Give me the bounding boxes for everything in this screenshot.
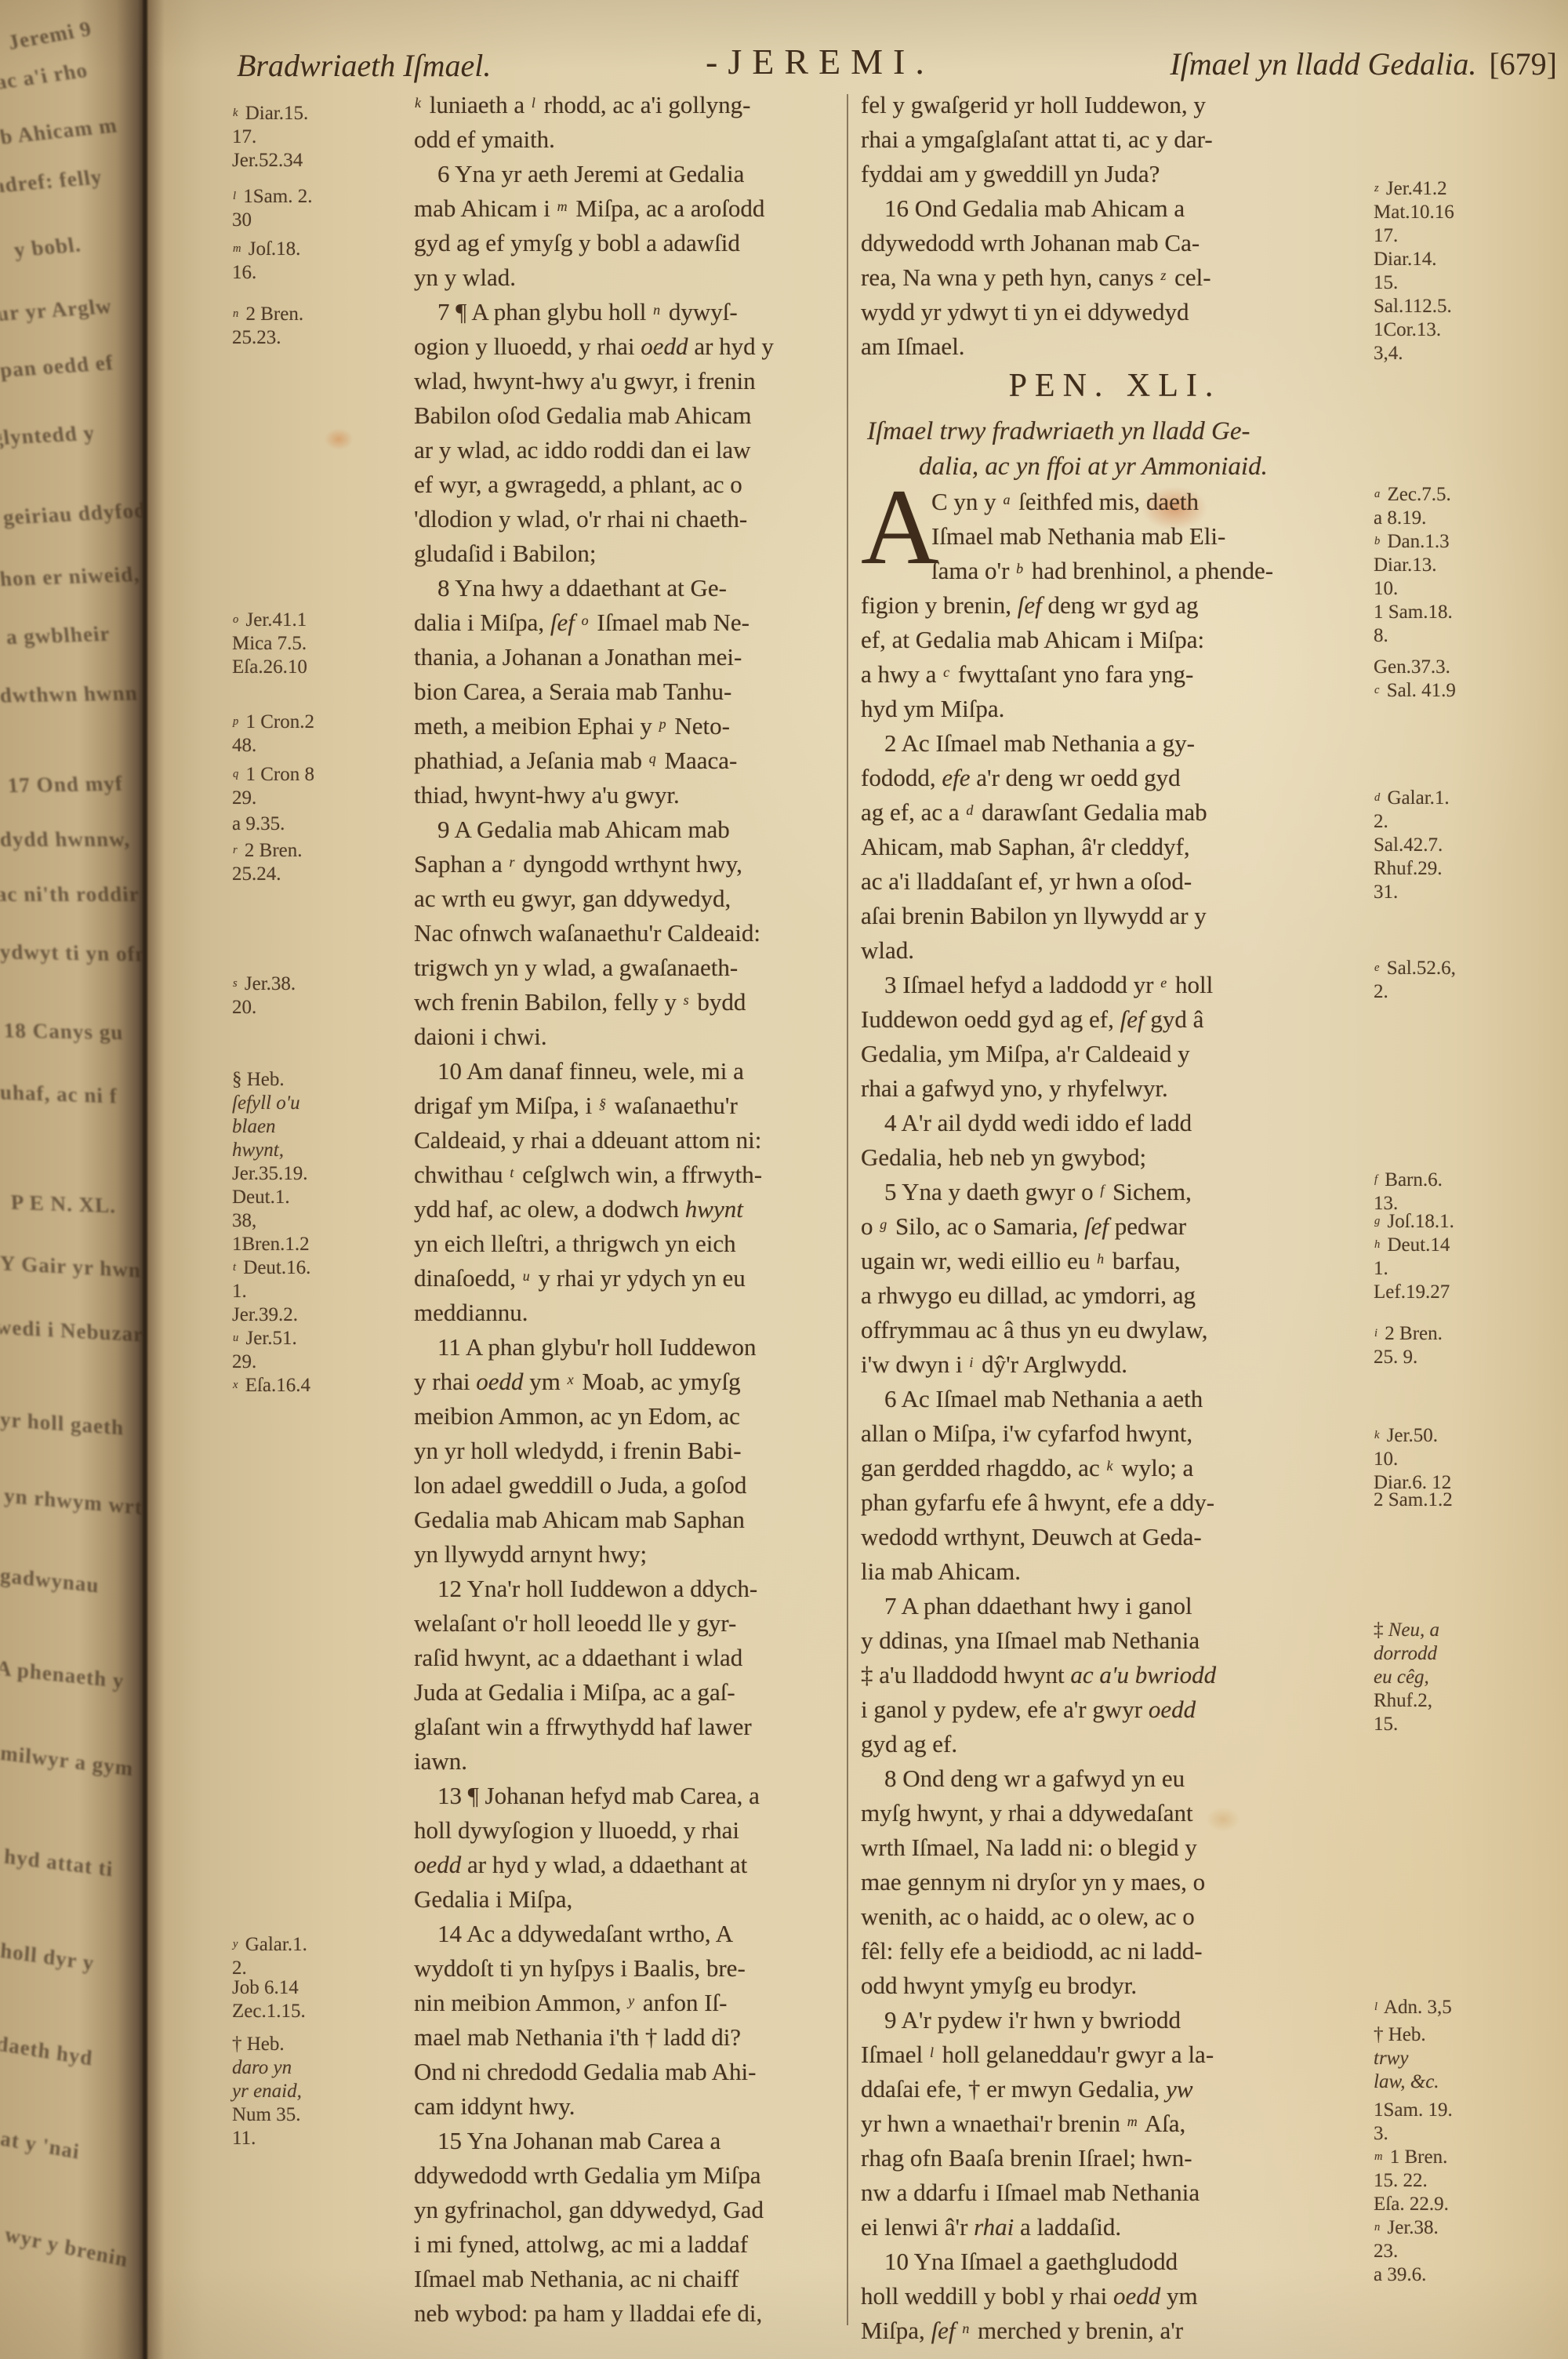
margin-note: 25.23. [232, 326, 411, 350]
margin-note-block: a 9.35. [232, 812, 411, 836]
margin-note-block: f Barn.6.13. [1374, 1169, 1563, 1216]
text-line: Iuddewon oedd gyd ag ef, ſef gyd â [861, 1002, 1369, 1037]
text-line: bion Carea, a Seraia mab Tanhu- [414, 674, 847, 709]
text-line: ef wyr, a gwragedd, a phlant, ac o [414, 467, 847, 502]
text-line: 15 Yna Johanan mab Carea a [414, 2124, 847, 2158]
margin-note: trwy [1374, 2047, 1563, 2070]
gutter-fragment: hon er niweid, [0, 562, 141, 591]
text-line: Nac ofnwch waſanaethu'r Caldeaid: [414, 916, 847, 951]
margin-note: k Diar.15. [232, 102, 411, 125]
margin-note: Jer.52.34 [232, 149, 411, 173]
margin-note: Mat.10.16 [1374, 201, 1563, 224]
gutter-fragment: yr holl gaeth [0, 1407, 124, 1440]
margin-note: a 8.19. [1374, 507, 1563, 530]
text-line: wydd yr ydwyt ti yn ei ddywedyd [861, 295, 1369, 329]
text-line: Iſmael mab Nethania, ac ni chaiff [414, 2262, 847, 2296]
text-line: 6 Yna yr aeth Jeremi at Gedalia [414, 157, 847, 191]
margin-note: Gen.37.3. [1374, 656, 1563, 679]
margin-note: 1Sam. 19. [1374, 2099, 1563, 2122]
verse-one-block: AC yn y a ſeithfed mis, daethIſmael mab … [861, 485, 1369, 726]
text-line: phathiad, a Jeſania mab q Maaca- [414, 743, 847, 778]
margin-note: Jer.35.19. [232, 1162, 411, 1186]
margin-note: 11. [232, 2127, 411, 2150]
margin-note: Rhuf.2, [1374, 1689, 1563, 1713]
page-fold-edge [142, 0, 148, 2359]
margin-note-block: o Jer.41.1Mica 7.5.Eſa.26.10 [232, 609, 411, 679]
chapter-heading: PEN. XLI. [861, 364, 1369, 414]
text-line: ei lenwi â'r rhai a laddaſid. [861, 2210, 1369, 2245]
margin-note: 29. [232, 787, 411, 810]
text-line: 8 Ond deng wr a gafwyd yn eu [861, 1761, 1369, 1796]
text-line: wrth Iſmael, Na ladd ni: o blegid y [861, 1830, 1369, 1865]
margin-note-block: ‡ Neu, adorroddeu cêg,Rhuf.2,15. [1374, 1619, 1563, 1736]
text-line: fêl: felly efe a beidiodd, ac ni ladd- [861, 1934, 1369, 1968]
text-line: daioni i chwi. [414, 1020, 847, 1054]
page-gutter: Jeremi 9ac a'i rhob Ahicam madref: felly… [0, 0, 143, 2359]
text-line: glaſant win a ffrwythydd haf lawer [414, 1710, 847, 1744]
margin-note-block: g Joſ.18.1.h Deut.141.Lef.19.27 [1374, 1210, 1563, 1304]
text-line: i'w dwyn i i dŷ'r Arglwydd. [861, 1347, 1369, 1382]
margin-note-block: Num 35.11. [232, 2103, 411, 2150]
margin-note: l 1Sam. 2. [232, 185, 411, 209]
margin-note: d Galar.1. [1374, 787, 1563, 810]
text-line: fyddai am y gweddill yn Juda? [861, 157, 1369, 191]
text-line: 3 Iſmael hefyd a laddodd yr e holl [861, 968, 1369, 1002]
margin-note: † Heb. [1374, 2023, 1563, 2047]
margin-note: a 39.6. [1374, 2263, 1563, 2287]
text-line: Saphan a r dyngodd wrthynt hwy, [414, 847, 847, 881]
margin-note: n Jer.38. [1374, 2216, 1563, 2240]
book-page: Jeremi 9ac a'i rhob Ahicam madref: felly… [0, 0, 1568, 2359]
margin-note: Deut.1. [232, 1186, 411, 1209]
chapter-summary-line: Iſmael trwy fradwriaeth yn lladd Ge- [861, 414, 1369, 449]
text-line: gyd ag ef ymyſg y bobl a adawſid [414, 226, 847, 260]
text-line: rhai a ymgaſglaſant attat ti, ac y dar- [861, 122, 1369, 157]
text-line: 10 Am danaf finneu, wele, mi a [414, 1054, 847, 1089]
column-divider-rule [847, 94, 848, 2325]
margin-note: z Jer.41.2 [1374, 177, 1563, 201]
margin-note: p 1 Cron.2 [232, 711, 411, 734]
gutter-fragment: gadwynau [0, 1563, 100, 1598]
margin-note: y Galar.1. [232, 1933, 411, 1957]
margin-note: 3,4. [1374, 342, 1563, 365]
text-line: o g Silo, ac o Samaria, ſef pedwar [861, 1209, 1369, 1244]
text-line: Miſpa, ſef n merched y brenin, a'r [861, 2314, 1369, 2348]
margin-note: Eſa. 22.9. [1374, 2193, 1563, 2216]
gutter-fragment: at y 'nai [0, 2126, 81, 2165]
margin-note: 1. [1374, 1257, 1563, 1281]
text-line: ac wrth eu gwyr, gan ddywedyd, [414, 881, 847, 916]
text-line: oedd ar hyd y wlad, a ddaethant at [414, 1848, 847, 1882]
text-line: 13 ¶ Johanan hefyd mab Carea, a [414, 1779, 847, 1813]
left-text-column: k luniaeth a l rhodd, ac a'i gollyng-odd… [414, 88, 847, 2331]
margin-note: t Deut.16. [232, 1256, 411, 1280]
gutter-fragment: yn rhwym wrth [4, 1484, 143, 1521]
gutter-fragment: Y Gair yr hwn [0, 1251, 141, 1282]
text-line: wyddoſt ti yn hyſpys i Baalis, bre- [414, 1951, 847, 1986]
margin-note: Job 6.14 [232, 1976, 411, 2000]
gutter-fragment: holl dyr y [0, 1939, 95, 1976]
margin-note: blaen [232, 1115, 411, 1139]
text-line: 9 A Gedalia mab Ahicam mab [414, 812, 847, 847]
text-line: y ddinas, yna Iſmael mab Nethania [861, 1623, 1369, 1658]
margin-note: 25. 9. [1374, 1346, 1563, 1369]
margin-note-block: m Joſ.18.16. [232, 238, 411, 285]
text-line: meth, a meibion Ephai y p Neto- [414, 709, 847, 743]
margin-note: l Adn. 3,5 [1374, 1996, 1563, 2019]
margin-note: c Sal. 41.9 [1374, 679, 1563, 703]
gutter-fragment: ac a'i rho [0, 58, 90, 95]
text-line: Iſmael mab Nethania mab Eli- [861, 519, 1369, 554]
margin-note: hwynt, [232, 1139, 411, 1162]
text-line: Caldeaid, y rhai a ddeuant attom ni: [414, 1123, 847, 1158]
text-line: mab Ahicam i m Miſpa, ac a aroſodd [414, 191, 847, 226]
margin-note: 2. [1374, 810, 1563, 834]
text-line: trigwch yn y wlad, a gwaſanaeth- [414, 951, 847, 985]
text-line: wlad, hwynt-hwy a'u gwyr, i frenin [414, 364, 847, 398]
margin-note: 23. [1374, 2240, 1563, 2263]
margin-note-block: 2 Sam.1.2 [1374, 1488, 1563, 1512]
margin-note: Zec.1.15. [232, 2000, 411, 2023]
margin-note-block: † Heb.daro ynyr enaid, [232, 2033, 411, 2103]
margin-note: b Dan.1.3 [1374, 530, 1563, 554]
text-line: mael mab Nethania i'th † ladd di? [414, 2020, 847, 2055]
gutter-fragment: hyd attat ti [4, 1845, 114, 1882]
margin-note: § Heb. [232, 1068, 411, 1092]
margin-note: 1Bren.1.2 [232, 1233, 411, 1256]
margin-note: 17. [1374, 224, 1563, 248]
margin-note: law, &c. [1374, 2070, 1563, 2094]
margin-note: 31. [1374, 881, 1563, 904]
text-line: myſg hwynt, y rhai a ddywedaſant [861, 1796, 1369, 1830]
text-line: nin meibion Ammon, y anfon Iſ- [414, 1986, 847, 2020]
text-line: ddywedodd wrth Johanan mab Ca- [861, 226, 1369, 260]
text-line: Gedalia, heb neb yn gwybod; [861, 1140, 1369, 1175]
margin-note: a Zec.7.5. [1374, 483, 1563, 507]
margin-note: 3. [1374, 2122, 1563, 2146]
gutter-fragment: wedi i Nebuzara [0, 1315, 143, 1348]
gutter-fragment: pan oedd ef [0, 351, 115, 383]
margin-note: 1 Sam.18. [1374, 601, 1563, 624]
margin-note: daro yn [232, 2056, 411, 2080]
text-line: nw a ddarfu i Iſmael mab Nethania [861, 2175, 1369, 2210]
margin-note: 16. [232, 261, 411, 285]
text-line: yn yr holl wledydd, i frenin Babi- [414, 1434, 847, 1468]
margin-note: q 1 Cron 8 [232, 763, 411, 787]
text-line: 6 Ac Iſmael mab Nethania a aeth [861, 1382, 1369, 1416]
margin-note-block: r 2 Bren.25.24. [232, 839, 411, 886]
margin-note: 15. 22. [1374, 2169, 1563, 2193]
margin-note: m 1 Bren. [1374, 2146, 1563, 2169]
text-line: odd ef ymaith. [414, 122, 847, 157]
margin-note: Jer.39.2. [232, 1303, 411, 1327]
margin-note: yr enaid, [232, 2080, 411, 2103]
text-line: fododd, efe a'r deng wr oedd gyd [861, 761, 1369, 795]
text-line: i mi fyned, attolwg, ac mi a laddaf [414, 2227, 847, 2262]
text-line: Ond ni chredodd Gedalia mab Ahi- [414, 2055, 847, 2089]
margin-note-block: q 1 Cron 829. [232, 763, 411, 810]
gutter-fragment: y bobl. [13, 232, 83, 262]
text-line: aſai brenin Babilon yn llywydd ar y [861, 899, 1369, 933]
margin-note: k Jer.50. [1374, 1424, 1563, 1448]
text-line: 10 Yna Iſmael a gaethgludodd [861, 2245, 1369, 2279]
margin-note-block: i 2 Bren.25. 9. [1374, 1322, 1563, 1369]
gutter-fragment: milwyr a gym [0, 1741, 134, 1782]
text-line: dinaſoedd, u y rhai yr ydych yn eu [414, 1261, 847, 1296]
gutter-fragment: A phenaeth y [0, 1656, 125, 1693]
text-line: gan gerdded rhagddo, ac k wylo; a [861, 1451, 1369, 1485]
margin-note: r 2 Bren. [232, 839, 411, 863]
text-line: a rhwygo eu dillad, ac ymdorri, ag [861, 1278, 1369, 1313]
margin-note: 2 Sam.1.2 [1374, 1488, 1563, 1512]
text-line: yr hwn a wnaethai'r brenin m Aſa, [861, 2106, 1369, 2141]
margin-note-block: k Diar.15.17.Jer.52.34 [232, 102, 411, 173]
text-line: 14 Ac a ddywedaſant wrtho, A [414, 1917, 847, 1951]
text-line: iawn. [414, 1744, 847, 1779]
margin-note: o Jer.41.1 [232, 609, 411, 632]
text-line: ddywedodd wrth Gedalia ym Miſpa [414, 2158, 847, 2193]
margin-note-block: k Jer.50.10.Diar.6. 12 [1374, 1424, 1563, 1495]
gutter-fragment: dwthwn hwnn [0, 682, 139, 708]
text-line: thania, a Johanan a Jonathan mei- [414, 640, 847, 674]
text-line: lia mab Ahicam. [861, 1554, 1369, 1589]
text-line: hyd ym Miſpa. [861, 692, 1369, 726]
text-line: drigaf ym Miſpa, i § waſanaethu'r [414, 1089, 847, 1123]
text-line: ſama o'r b had brenhinol, a phende- [861, 554, 1369, 588]
text-line: 8 Yna hwy a ddaethant at Ge- [414, 571, 847, 605]
gutter-fragment: wyr y brenin [3, 2223, 129, 2273]
drop-cap-letter: A [861, 485, 931, 585]
margin-note: 1. [232, 1280, 411, 1303]
text-line: 4 A'r ail dydd wedi iddo ef ladd [861, 1106, 1369, 1140]
text-line: dalia i Miſpa, ſef o Iſmael mab Ne- [414, 605, 847, 640]
text-line: ddaſai efe, † er mwyn Gedalia, yw [861, 2072, 1369, 2106]
margin-note: 38, [232, 1209, 411, 1233]
margin-note-block: n 2 Bren.25.23. [232, 303, 411, 350]
text-line: ydd haf, ac olew, a dodwch hwynt [414, 1192, 847, 1227]
text-line: 'dlodion y wlad, o'r rhai ni chaeth- [414, 502, 847, 536]
gutter-fragment: 18 Canys gu [3, 1019, 124, 1045]
text-line: Gedalia i Miſpa, [414, 1882, 847, 1917]
text-line: gyd ag ef. [861, 1727, 1369, 1761]
margin-note: 8. [1374, 624, 1563, 648]
margin-note: eu cêg, [1374, 1666, 1563, 1689]
text-line: wlad. [861, 933, 1369, 968]
margin-note: 25.24. [232, 863, 411, 886]
margin-note: u Jer.51. [232, 1327, 411, 1350]
gutter-fragment: Jeremi 9 [5, 16, 94, 55]
text-line: am Iſmael. [861, 329, 1369, 364]
text-line: wedodd wrthynt, Deuwch at Geda- [861, 1520, 1369, 1554]
margin-note: h Deut.14 [1374, 1234, 1563, 1257]
margin-note-block: Gen.37.3.c Sal. 41.9 [1374, 656, 1563, 703]
text-line: a hwy a c fwyttaſant yno fara yng- [861, 657, 1369, 692]
margin-note: Num 35. [232, 2103, 411, 2127]
text-line: 5 Yna y daeth gwyr o f Sichem, [861, 1175, 1369, 1209]
text-line: ugain wr, wedi eillio eu h barfau, [861, 1244, 1369, 1278]
text-line: ag ef, ac a d darawſant Gedalia mab [861, 795, 1369, 830]
margin-note-block: z Jer.41.2Mat.10.1617.Diar.14.15.Sal.112… [1374, 177, 1563, 365]
text-line: i ganol y pydew, efe a'r gwyr oedd [861, 1692, 1369, 1727]
text-line: phan gyfarfu efe â hwynt, efe a ddy- [861, 1485, 1369, 1520]
margin-note: Mica 7.5. [232, 632, 411, 656]
text-line: lon adael gweddill o Juda, a goſod [414, 1468, 847, 1503]
gutter-fragment: adref: felly [0, 165, 104, 198]
margin-note: a 9.35. [232, 812, 411, 836]
margin-note: 15. [1374, 271, 1563, 295]
text-line: rea, Na wna y peth hyn, canys z cel- [861, 260, 1369, 295]
text-line: yn llywydd arnynt hwy; [414, 1537, 847, 1572]
margin-note-block: Job 6.14Zec.1.15. [232, 1976, 411, 2023]
text-line: meddiannu. [414, 1296, 847, 1330]
margin-note: ſefyll o'u [232, 1092, 411, 1115]
text-line: yn y wlad. [414, 260, 847, 295]
text-line: mae gennym ni dryſor yn y maes, o [861, 1865, 1369, 1899]
text-line: yn eich lleſtri, a thrigwch yn eich [414, 1227, 847, 1261]
text-line: meibion Ammon, ac yn Edom, ac [414, 1399, 847, 1434]
text-line: 12 Yna'r holl Iuddewon a ddych- [414, 1572, 847, 1606]
text-line: rhag ofn Baaſa brenin Iſrael; hwn- [861, 2141, 1369, 2175]
text-line: wch frenin Babilon, felly y s bydd [414, 985, 847, 1020]
text-line: 9 A'r pydew i'r hwn y bwriodd [861, 2003, 1369, 2037]
margin-note: 48. [232, 734, 411, 758]
margin-note: g Joſ.18.1. [1374, 1210, 1563, 1234]
margin-note-block: s Jer.38.20. [232, 972, 411, 1020]
text-line: gludaſid i Babilon; [414, 536, 847, 571]
margin-note: ‡ Neu, a [1374, 1619, 1563, 1642]
text-line: wenith, ac o haidd, ac o olew, ac o [861, 1899, 1369, 1934]
text-line: rhai a gafwyd yno, y rhyfelwyr. [861, 1071, 1369, 1106]
gutter-fragment: uhaf, ac ni f [0, 1080, 118, 1108]
text-line: ‡ a'u lladdodd hwynt ac a'u bwriodd [861, 1658, 1369, 1692]
margin-note-block: a Zec.7.5.a 8.19.b Dan.1.3Diar.13.10.1 S… [1374, 483, 1563, 648]
text-line: holl weddill y bobl y rhai oedd ym [861, 2279, 1369, 2314]
text-line: chwithau t ceſglwch win, a ffrwyth- [414, 1158, 847, 1192]
margin-note: Diar.13. [1374, 554, 1563, 577]
margin-note-block: † Heb.trwylaw, &c. [1374, 2023, 1563, 2094]
margin-note: 15. [1374, 1713, 1563, 1736]
margin-note-block: § Heb.ſefyll o'ublaenhwynt,Jer.35.19.Deu… [232, 1068, 411, 1398]
margin-note: Lef.19.27 [1374, 1281, 1563, 1304]
text-line: offrymmau ac â thus yn eu dwylaw, [861, 1313, 1369, 1347]
margin-note: Sal.42.7. [1374, 834, 1563, 857]
text-line: Juda at Gedalia i Miſpa, ac a gaſ- [414, 1675, 847, 1710]
margin-note: f Barn.6. [1374, 1169, 1563, 1192]
margin-note-block: l Adn. 3,5 [1374, 1996, 1563, 2019]
text-line: Iſmael l holl gelaneddau'r gwyr a la- [861, 2037, 1369, 2072]
text-line: thiad, hwynt-hwy a'u gwyr. [414, 778, 847, 812]
text-line: ar y wlad, ac iddo roddi dan ei law [414, 433, 847, 467]
margin-note: i 2 Bren. [1374, 1322, 1563, 1346]
margin-note: e Sal.52.6, [1374, 957, 1563, 980]
margin-note: s Jer.38. [232, 972, 411, 996]
text-line: holl dywyſogion y lluoedd, y rhai [414, 1813, 847, 1848]
margin-note: † Heb. [232, 2033, 411, 2056]
gutter-fragment: ydwyt ti yn ofn [0, 940, 143, 966]
margin-note: 2. [1374, 980, 1563, 1004]
margin-note-block: y Galar.1.2. [232, 1933, 411, 1980]
margin-note-block: 1Sam. 19.3.m 1 Bren.15. 22.Eſa. 22.9.n J… [1374, 2099, 1563, 2287]
text-line: 2 Ac Iſmael mab Nethania a gy- [861, 726, 1369, 761]
chapter-summary-line: dalia, ac yn ffoi at yr Ammoniaid. [861, 449, 1369, 485]
margin-note: Eſa.26.10 [232, 656, 411, 679]
margin-note: dorrodd [1374, 1642, 1563, 1666]
text-line: neb wybod: pa ham y lladdai efe di, [414, 2296, 847, 2331]
text-line: 16 Ond Gedalia mab Ahicam a [861, 191, 1369, 226]
margin-note: Rhuf.29. [1374, 857, 1563, 881]
text-line: y rhai oedd ym x Moab, ac ymyſg [414, 1365, 847, 1399]
right-text-column: fel y gwaſgerid yr holl Iuddewon, yrhai … [861, 88, 1369, 2348]
gutter-fragment: ur yr Arglw [0, 294, 114, 326]
gutter-fragment: ac ni'th roddir [0, 882, 140, 907]
text-line: Gedalia mab Ahicam mab Saphan [414, 1503, 847, 1537]
text-line: ef, at Gedalia mab Ahicam i Miſpa: [861, 623, 1369, 657]
gutter-fragment: geiriau ddyfod [2, 498, 143, 529]
margin-note: Sal.112.5. [1374, 295, 1563, 318]
margin-note-block: l 1Sam. 2.30 [232, 185, 411, 232]
gutter-fragment: daeth hyd [0, 2031, 94, 2070]
gutter-fragment: a gwblheir [5, 622, 111, 649]
text-line: Babilon oſod Gedalia mab Ahicam [414, 398, 847, 433]
right-margin-references: z Jer.41.2Mat.10.1617.Diar.14.15.Sal.112… [1374, 0, 1563, 2359]
text-line: C yn y a ſeithfed mis, daeth [861, 485, 1369, 519]
text-line: odd hwynt ymyſg eu brodyr. [861, 1968, 1369, 2003]
text-line: figion y brenin, ſef deng wr gyd ag [861, 588, 1369, 623]
text-line: raſid hwynt, ac a ddaethant i wlad [414, 1641, 847, 1675]
margin-note: 17. [232, 125, 411, 149]
text-line: ac a'i lladdaſant ef, yr hwn a oſod- [861, 864, 1369, 899]
text-line: ogion y lluoedd, y rhai oedd ar hyd y [414, 329, 847, 364]
margin-note-block: e Sal.52.6,2. [1374, 957, 1563, 1004]
margin-note: 29. [232, 1350, 411, 1374]
margin-note: x Eſa.16.4 [232, 1374, 411, 1398]
margin-note: 1Cor.13. [1374, 318, 1563, 342]
margin-note-block: p 1 Cron.248. [232, 711, 411, 758]
running-head-title: -JEREMI. [706, 41, 935, 82]
left-margin-references: k Diar.15.17.Jer.52.34l 1Sam. 2.30m Joſ.… [232, 0, 411, 2359]
margin-note: m Joſ.18. [232, 238, 411, 261]
gutter-fragment: b Ahicam m [0, 113, 119, 149]
gutter-fragment: glyntedd y [0, 421, 96, 451]
text-line: welaſant o'r holl leoedd lle y gyr- [414, 1606, 847, 1641]
gutter-fragment: P E N. XL. [10, 1190, 116, 1219]
text-line: 7 A phan ddaethant hwy i ganol [861, 1589, 1369, 1623]
text-line: Gedalia, ym Miſpa, a'r Caldeaid y [861, 1037, 1369, 1071]
margin-note: 30 [232, 209, 411, 232]
text-line: Ahicam, mab Saphan, â'r cleddyf, [861, 830, 1369, 864]
gutter-fragment: 17 Ond myf [6, 772, 124, 798]
text-line: fel y gwaſgerid yr holl Iuddewon, y [861, 88, 1369, 122]
text-line: yn gyfrinachol, gan ddywedyd, Gad [414, 2193, 847, 2227]
gutter-fragment: dydd hwnnw, [0, 827, 131, 852]
text-line: allan o Miſpa, i'w cyfarfod hwynt, [861, 1416, 1369, 1451]
margin-note: n 2 Bren. [232, 303, 411, 326]
text-line: 11 A phan glybu'r holl Iuddewon [414, 1330, 847, 1365]
margin-note: 10. [1374, 577, 1563, 601]
margin-note: 20. [232, 996, 411, 1020]
text-line: k luniaeth a l rhodd, ac a'i gollyng- [414, 88, 847, 122]
text-line: 7 ¶ A phan glybu holl n dywyſ- [414, 295, 847, 329]
margin-note-block: d Galar.1.2.Sal.42.7.Rhuf.29.31. [1374, 787, 1563, 904]
margin-note: Diar.14. [1374, 248, 1563, 271]
margin-note: 10. [1374, 1448, 1563, 1471]
text-line: cam iddynt hwy. [414, 2089, 847, 2124]
